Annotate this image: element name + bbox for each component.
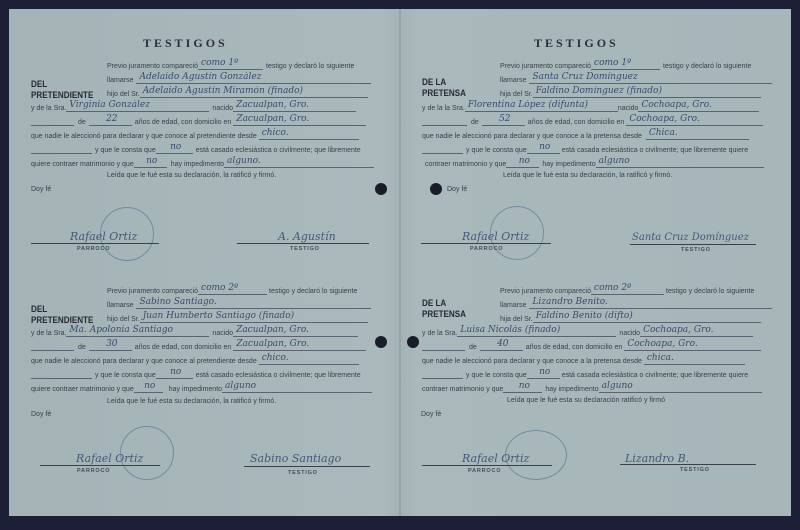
impedimento-field: alguno xyxy=(599,381,762,393)
parroco-label: PARROCO xyxy=(470,246,503,252)
testigo-signature: Santa Cruz Domínguez xyxy=(632,232,749,243)
leida-text: Leída que le fué esta su declaración, la… xyxy=(503,172,672,179)
comparecio-field: como 1º xyxy=(198,58,263,70)
comparecio-field: como 2º xyxy=(591,283,664,295)
party-label: DE LA PRETENSA xyxy=(422,77,466,99)
testigo-signature: Sabino Santiago xyxy=(250,452,341,465)
nacido-field: Zacualpan, Gro. xyxy=(233,325,358,337)
doy-fe-label: Doy fé xyxy=(421,411,441,418)
parroco-signature-line xyxy=(421,243,551,244)
consta-field: no xyxy=(156,142,193,154)
parroco-label: PARROCO xyxy=(468,468,501,474)
party-label: DE LA PRETENSA xyxy=(422,298,466,320)
testigo-label: TESTIGO xyxy=(680,467,710,473)
parroco-signature-line xyxy=(40,465,160,466)
impedimento-field: alguno xyxy=(596,156,764,168)
party-label: DEL PRETENDIENTE xyxy=(31,79,93,101)
llamarse-field: Lizandro Benito. xyxy=(529,297,772,309)
llamarse-field: Santa Cruz Domínguez xyxy=(529,72,772,84)
parroco-label: PARROCO xyxy=(77,246,110,252)
impedimento-field: alguno xyxy=(222,381,372,393)
parroco-signature: Rafael Ortiz xyxy=(462,452,529,465)
desde-field: Chica. xyxy=(646,128,749,140)
consta-field: no xyxy=(527,367,560,379)
parroco-signature: Rafael Ortiz xyxy=(76,452,143,465)
impedimento-que-field: no xyxy=(506,156,539,168)
desde-field: chico. xyxy=(259,128,359,140)
domicilio-field: Zacualpan, Gro. xyxy=(233,114,366,126)
doy-fe-label: Doy fé xyxy=(31,411,51,418)
parroco-signature: Rafael Ortiz xyxy=(70,230,137,243)
padre-field: Faldino Domínguez (finado) xyxy=(533,86,761,98)
parroco-signature-line xyxy=(31,243,159,244)
testigo-label: TESTIGO xyxy=(290,246,320,252)
madre-field: Virginia González xyxy=(66,100,209,112)
impedimento-que-field: no xyxy=(134,381,163,393)
edad-field: 22 xyxy=(89,114,132,126)
domicilio-field: Zacualpan, Gro. xyxy=(233,339,366,351)
edad-field: 52 xyxy=(482,114,525,126)
padre-field: Faldino Benito (difto) xyxy=(533,311,761,323)
nacido-field: Cochoapa, Gro. xyxy=(640,325,753,337)
testigo-label: TESTIGO xyxy=(288,470,318,476)
comparecio-field: como 1º xyxy=(591,58,660,70)
leida-text: Leída que le fué esta su declaración, la… xyxy=(107,172,276,179)
doy-fe-label: Doy fé xyxy=(31,186,51,193)
domicilio-field: Cochoapa, Gro. xyxy=(624,339,761,351)
binder-hole xyxy=(407,336,419,348)
edad-field: 40 xyxy=(480,339,523,351)
testigo-signature-line xyxy=(620,464,756,465)
padre-field: Adelaido Agustín Miramón (finado) xyxy=(140,86,368,98)
section-title: TESTIGOS xyxy=(534,36,619,51)
binder-hole xyxy=(375,336,387,348)
binder-hole xyxy=(430,183,442,195)
nacido-field: Zacualpan, Gro. xyxy=(233,100,356,112)
padre-field: Juan Humberto Santiago (finado) xyxy=(140,311,368,323)
impedimento-que-field: no xyxy=(134,156,167,168)
impedimento-que-field: no xyxy=(503,381,542,393)
nacido-field: Cochoapa, Gro. xyxy=(638,100,759,112)
leida-text: Leída que le fué esta su declaración, la… xyxy=(107,398,276,405)
consta-field: no xyxy=(527,142,560,154)
leida-text: Leída que le fué esta su declaración rat… xyxy=(507,397,665,404)
edad-field: 30 xyxy=(89,339,132,351)
testigo-signature: A. Agustín xyxy=(278,230,336,243)
madre-field: Ma. Apolonia Santiago xyxy=(66,325,209,337)
binder-hole xyxy=(375,183,387,195)
desde-field: chico. xyxy=(259,353,359,365)
testigo-signature-line xyxy=(630,244,756,245)
testigo-signature-line xyxy=(237,243,369,244)
doy-fe-label: Doy fé xyxy=(447,186,467,193)
parroco-signature-line xyxy=(422,465,552,466)
domicilio-field: Cochoapa, Gro. xyxy=(626,114,763,126)
parroco-label: PARROCO xyxy=(77,468,110,474)
comparecio-field: como 2º xyxy=(198,283,267,295)
desde-field: chica. xyxy=(644,353,745,365)
madre-field: Florentina López (difunta) xyxy=(465,100,618,112)
llamarse-field: Sabino Santiago. xyxy=(136,297,371,309)
testigo-signature-line xyxy=(244,466,370,467)
impedimento-field: alguno. xyxy=(224,156,374,168)
llamarse-field: Adelaido Agustín González xyxy=(136,72,371,84)
section-title: TESTIGOS xyxy=(143,36,228,51)
consta-field: no xyxy=(156,367,193,379)
center-fold xyxy=(399,9,401,516)
party-label: DEL PRETENDIENTE xyxy=(31,304,93,326)
parroco-signature: Rafael Ortiz xyxy=(462,230,529,243)
testigo-label: TESTIGO xyxy=(681,247,711,253)
madre-field: Luisa Nicolás (finado) xyxy=(457,325,616,337)
